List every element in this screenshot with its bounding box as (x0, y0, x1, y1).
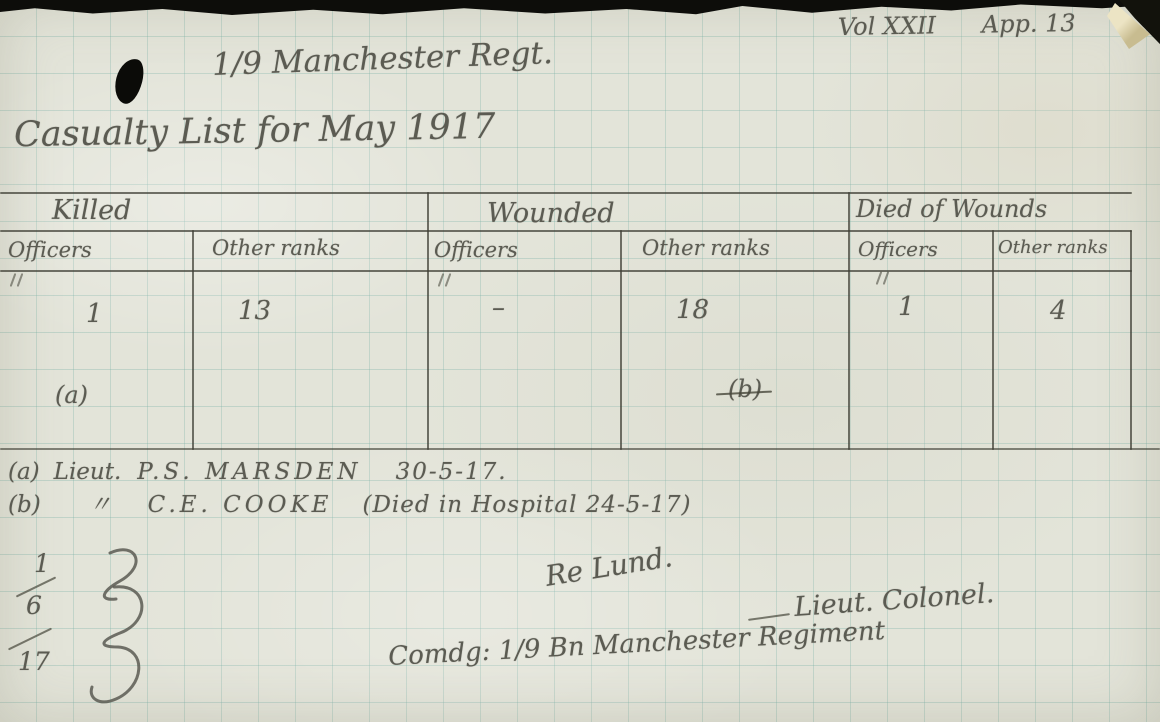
signature-name: Re Lund. (543, 542, 674, 592)
value-wounded-officers: – (492, 294, 505, 323)
group-header-died-of-wounds: Died of Wounds (856, 196, 1047, 222)
group-header-wounded: Wounded (487, 199, 615, 229)
footnote-b-rank: 〃 (89, 493, 112, 518)
footnote-a-name: P.S. MARSDEN (137, 460, 361, 485)
date-month: 6 (26, 592, 42, 620)
archive-reference: Vol XXII App. 13 (838, 10, 1076, 41)
col-header-killed-other-ranks: Other ranks (212, 237, 340, 260)
group-header-killed: Killed (52, 196, 131, 226)
table-divider-wounded-died (848, 192, 850, 450)
stray-pencil-mark (440, 273, 456, 291)
footnote-b-name: C.E. COOKE (148, 493, 333, 518)
footnote-a-rank: Lieut. (54, 460, 122, 485)
col-header-died-officers: Officers (858, 238, 938, 260)
footnote-a-ref: (a) (8, 460, 40, 485)
table-bottom-rule (0, 448, 1160, 450)
value-died-officers: 1 (898, 293, 915, 322)
table-divider-killed-cols (192, 230, 194, 450)
col-header-wounded-officers: Officers (434, 239, 518, 262)
date-year: 17 (18, 648, 50, 676)
table-top-rule (0, 192, 1132, 194)
footnote-b-ref: (b) (8, 493, 41, 518)
punch-hole (111, 56, 147, 107)
footnote-mark-wounded-other-ranks-deleted: (b) (728, 376, 762, 402)
stray-pencil-mark (878, 271, 894, 289)
value-killed-other-ranks: 13 (238, 297, 271, 326)
page-subtitle: Casualty List for May 1917 (14, 108, 496, 155)
table-header-rule (0, 230, 1132, 232)
document-page: Vol XXII App. 13 1/9 Manchester Regt. Ca… (0, 0, 1160, 722)
value-died-other-ranks: 4 (1050, 297, 1067, 326)
pencil-flourish (58, 545, 153, 713)
date-day: 1 (34, 550, 50, 578)
table-subheader-rule (0, 270, 1132, 272)
footnote-b-detail: (Died in Hospital 24-5-17) (362, 493, 691, 518)
page-title: 1/9 Manchester Regt. (212, 36, 554, 82)
signature-dash (748, 613, 790, 621)
table-divider-killed-wounded (427, 192, 429, 450)
stray-pencil-mark (12, 273, 28, 291)
col-header-died-other-ranks: Other ranks (998, 238, 1108, 258)
signature-unit: Comdg: 1/9 Bn Manchester Regiment (388, 617, 886, 672)
footnote-mark-killed-officers: (a) (55, 382, 88, 408)
col-header-wounded-other-ranks: Other ranks (642, 237, 770, 260)
value-killed-officers: 1 (86, 300, 103, 329)
value-wounded-other-ranks: 18 (676, 296, 709, 325)
table-divider-wounded-cols (620, 230, 622, 450)
table-divider-died-cols (992, 230, 994, 450)
table-right-rule (1130, 230, 1132, 450)
footnote-b: (b) 〃 C.E. COOKE (Died in Hospital 24-5-… (8, 493, 691, 518)
signature-rank: Lieut. Colonel. (793, 579, 995, 623)
col-header-killed-officers: Officers (8, 239, 92, 262)
footnote-a-detail: 30-5-17. (396, 460, 508, 485)
footnote-a: (a) Lieut. P.S. MARSDEN 30-5-17. (8, 460, 508, 485)
